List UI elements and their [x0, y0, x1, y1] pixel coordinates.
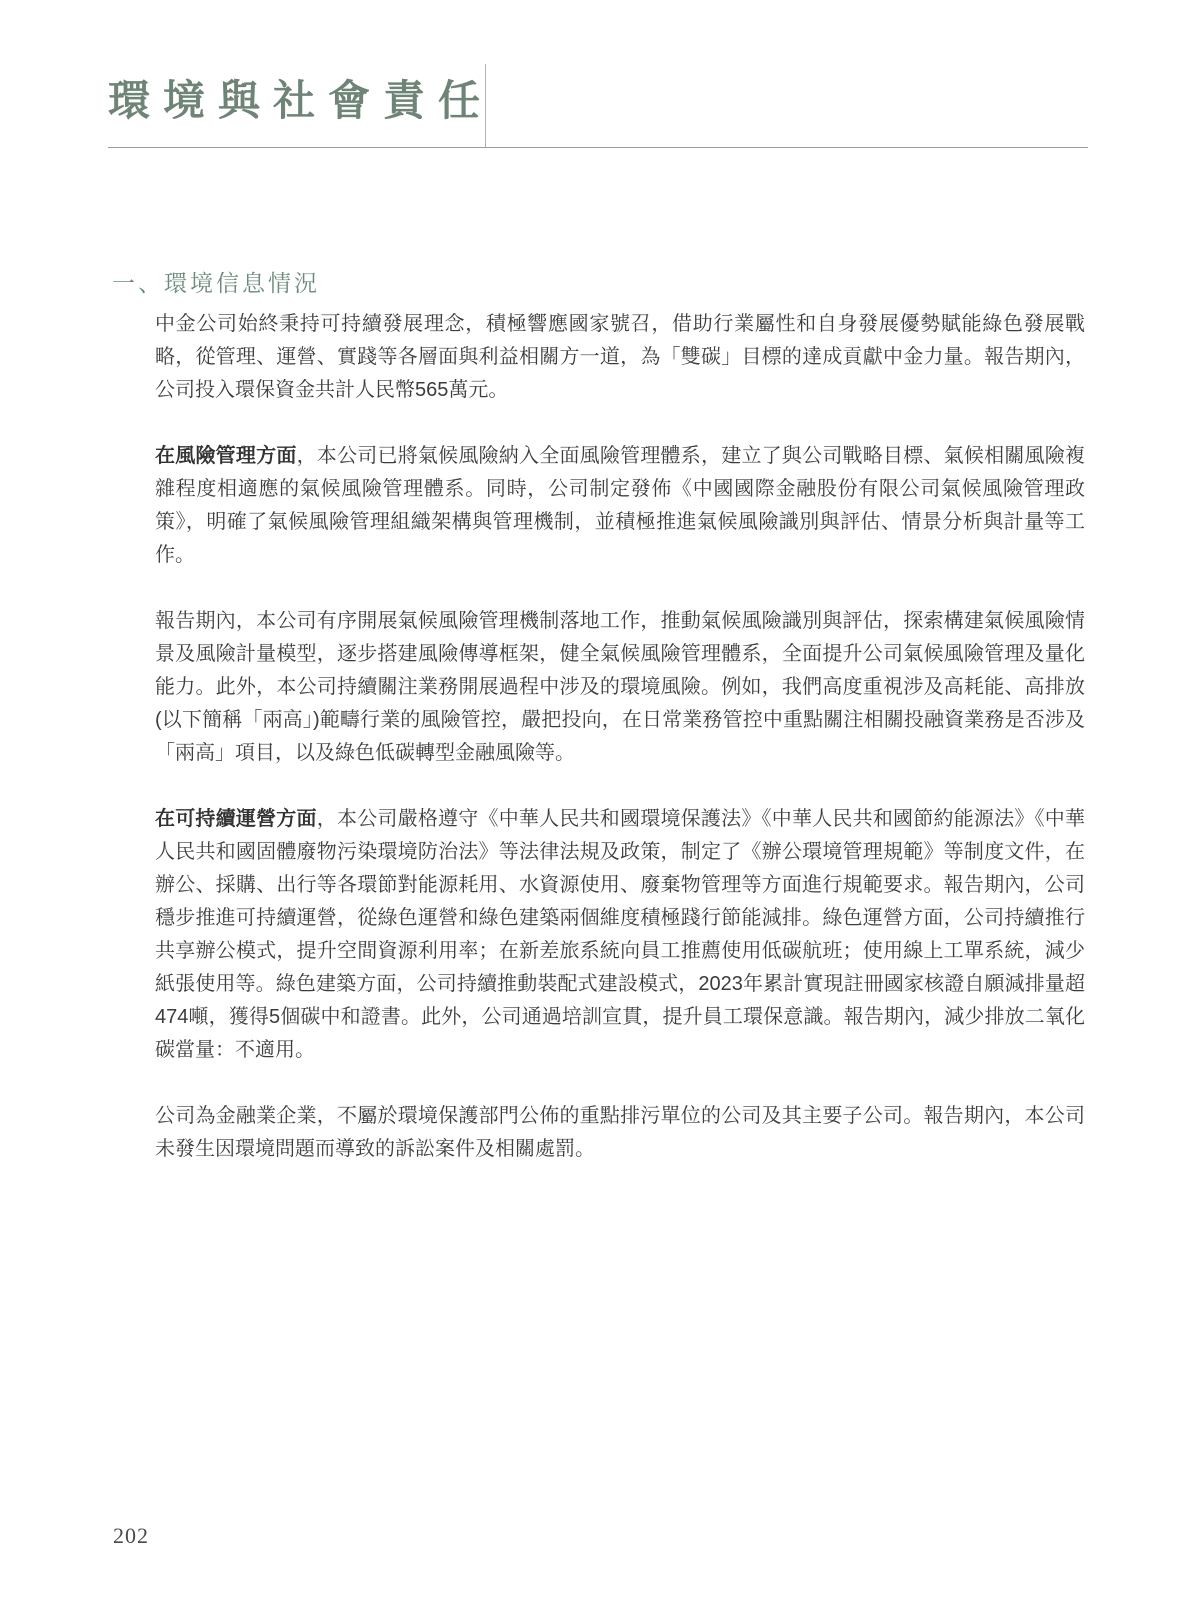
header-vertical-rule — [485, 64, 486, 148]
paragraph-compliance: 公司為金融業企業，不屬於環境保護部門公佈的重點排污單位的公司及其主要子公司。報告… — [155, 1100, 1085, 1166]
section-heading: 一、環境信息情況 — [112, 265, 320, 298]
paragraph-text: ，本公司嚴格遵守《中華人民共和國環境保護法》《中華人民共和國節約能源法》《中華人… — [155, 808, 1085, 1061]
page-title: 環境與社會責任 — [108, 68, 493, 128]
paragraph-climate-risk: 報告期內，本公司有序開展氣候風險管理機制落地工作，推動氣候風險識別與評估，探索構… — [155, 605, 1085, 770]
report-page: 環境與社會責任 一、環境信息情況 中金公司始終秉持可持續發展理念，積極響應國家號… — [0, 0, 1190, 1615]
header-horizontal-rule — [108, 147, 1088, 148]
paragraph-overview: 中金公司始終秉持可持續發展理念，積極響應國家號召，借助行業屬性和自身發展優勢賦能… — [155, 308, 1085, 407]
paragraph-text: 報告期內，本公司有序開展氣候風險管理機制落地工作，推動氣候風險識別與評估，探索構… — [155, 610, 1085, 764]
page-number: 202 — [113, 1523, 149, 1549]
paragraph-text: 中金公司始終秉持可持續發展理念，積極響應國家號召，借助行業屬性和自身發展優勢賦能… — [155, 313, 1085, 401]
paragraph-risk-management: 在風險管理方面，本公司已將氣候風險納入全面風險管理體系，建立了與公司戰略目標、氣… — [155, 440, 1085, 572]
paragraph-text: 公司為金融業企業，不屬於環境保護部門公佈的重點排污單位的公司及其主要子公司。報告… — [155, 1105, 1085, 1160]
paragraph-sustainable-operation: 在可持續運營方面，本公司嚴格遵守《中華人民共和國環境保護法》《中華人民共和國節約… — [155, 803, 1085, 1067]
body-content: 中金公司始終秉持可持續發展理念，積極響應國家號召，借助行業屬性和自身發展優勢賦能… — [155, 308, 1085, 1199]
paragraph-lead: 在風險管理方面 — [155, 445, 297, 467]
paragraph-lead: 在可持續運營方面 — [155, 808, 317, 830]
